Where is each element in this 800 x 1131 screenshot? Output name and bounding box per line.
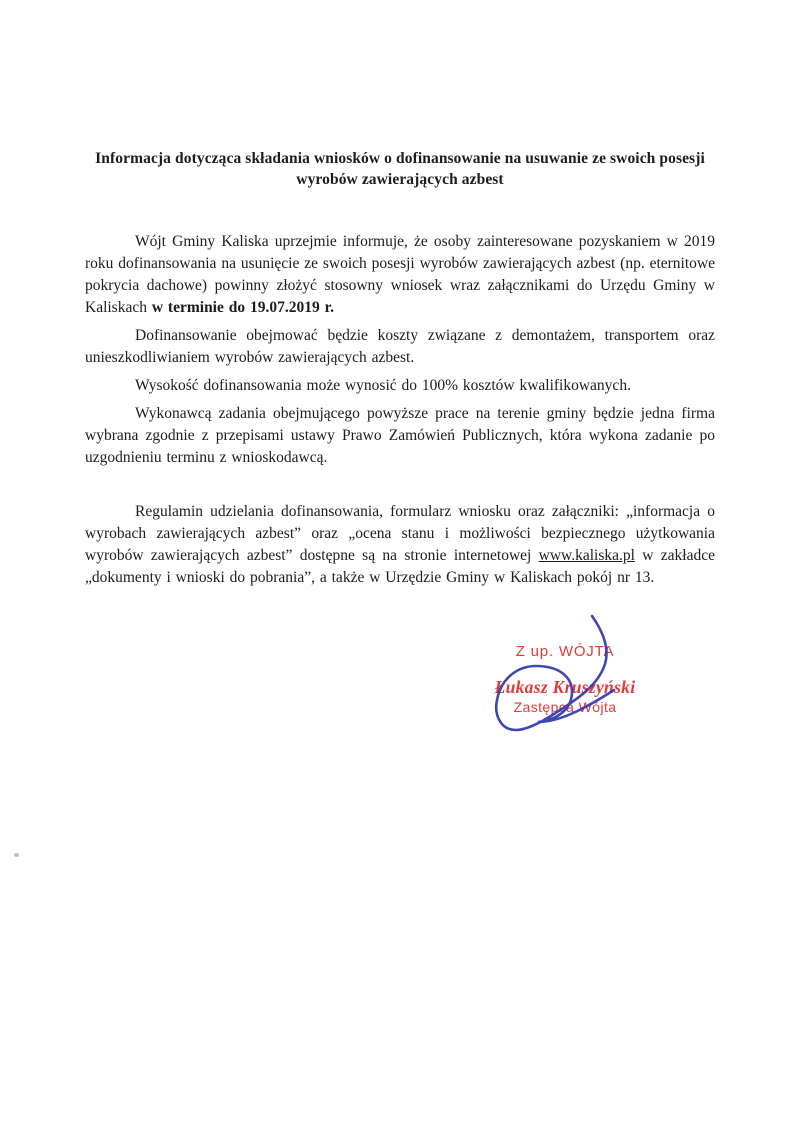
paragraph-contractor: Wykonawcą zadania obejmującego powyższe … [85, 403, 715, 469]
paragraph-scope: Dofinansowanie obejmować będzie koszty z… [85, 325, 715, 369]
paragraph-funding-amount: Wysokość dofinansowania może wynosić do … [85, 375, 715, 397]
signature-role: Zastępca Wójta [440, 699, 690, 715]
paragraph-intro: Wójt Gminy Kaliska uprzejmie informuje, … [85, 231, 715, 319]
document-page: Informacja dotycząca składania wniosków … [0, 0, 800, 1131]
website-link: www.kaliska.pl [539, 547, 635, 564]
scan-speck [14, 853, 19, 857]
deadline-bold-text: w terminie do 19.07.2019 r. [152, 299, 334, 316]
signature-name: Łukasz Kruszyński [440, 677, 690, 698]
document-title: Informacja dotycząca składania wniosków … [85, 148, 715, 190]
paragraph-documents: Regulamin udzielania dofinansowania, for… [85, 501, 715, 589]
signature-block: Z up. WÓJTA Łukasz Kruszyński Zastępca W… [440, 643, 690, 715]
document-body: Informacja dotycząca składania wniosków … [85, 148, 715, 595]
signature-preamble: Z up. WÓJTA [440, 643, 690, 660]
